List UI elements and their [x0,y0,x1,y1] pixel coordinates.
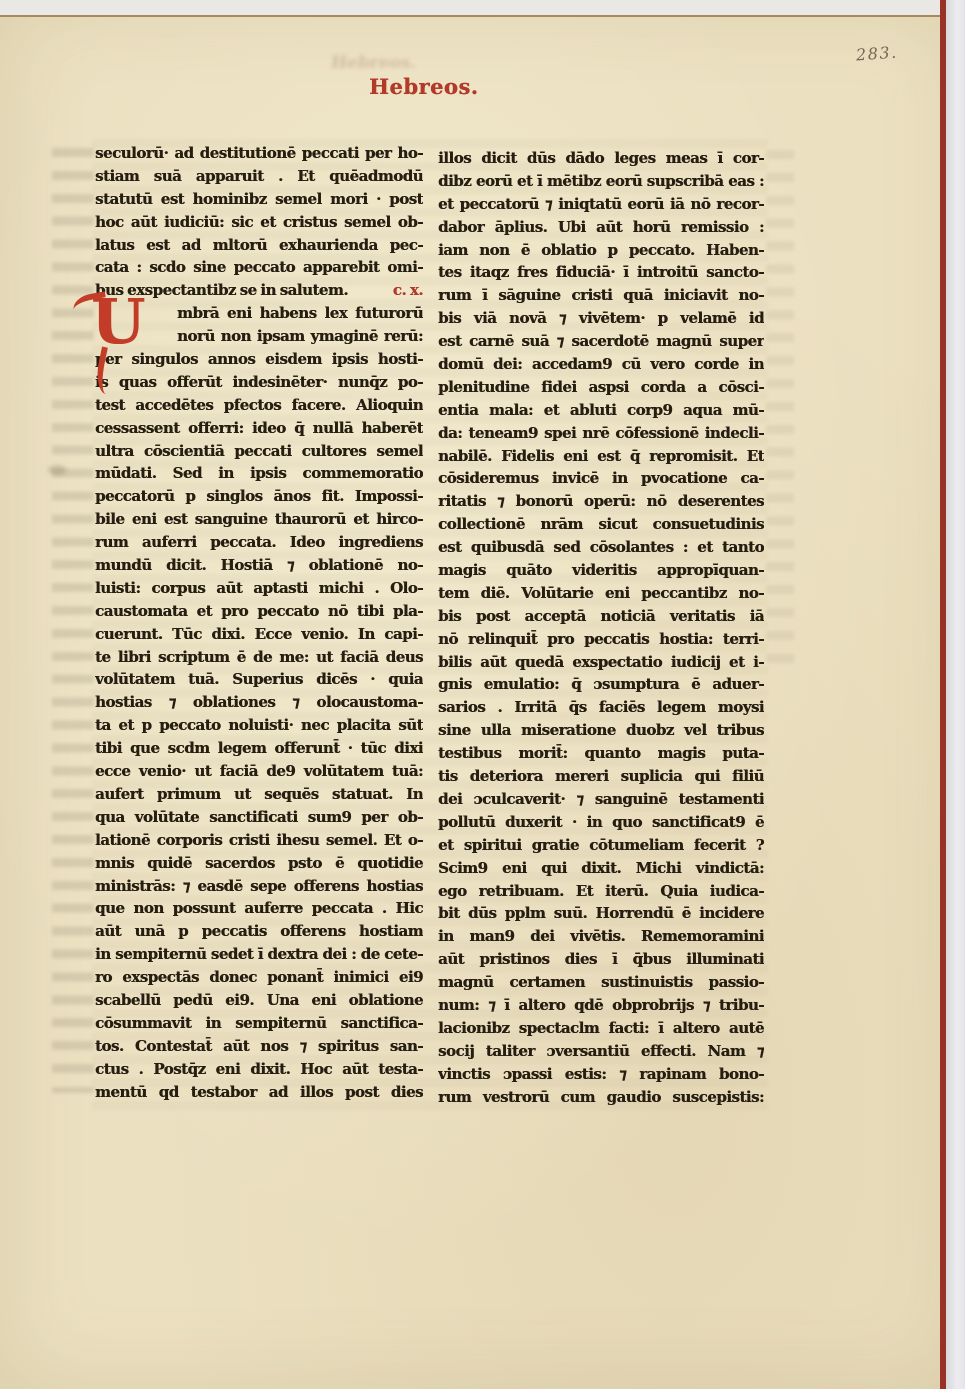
text-line: ministrās: ⁊ easdē sepe offerens hostias [95,875,423,898]
text-line: aūt unā p peccatis offerens hostiam [95,920,423,943]
text-line: lacionibz spectaclm facti: ī altero autē [438,1017,764,1040]
text-line: peccatorū p singlos ānos fit. Impossi- [95,485,423,508]
text-line: mundū dicit. Hostiā ⁊ oblationē no- [95,554,423,577]
text-line: cōsideremus invicē in pvocatione ca- [438,467,764,490]
text-line: ctus . Postq̄z eni dixit. Hoc aūt testa- [95,1058,423,1081]
text-line: ecce venio· ut faciā de9 volūtatem tuā: [95,760,423,783]
text-line: et peccatorū ⁊ iniqtatū eorū iā nō recor… [438,193,764,216]
text-line: qua volūtate sanctificati sum9 per ob- [95,806,423,829]
text-line: est quibusdā sed cōsolantes : et tanto [438,536,764,559]
text-line: hostias ⁊ oblationes ⁊ olocaustoma- [95,691,423,714]
text-line: statutū est hominibz semel mori · post [95,188,423,211]
text-line: pollutū duxerit · in quo sanctificat9 ē [438,811,764,834]
text-line: ta et p peccato noluisti· nec placita sū… [95,714,423,737]
text-line: cessassent offerri: ideo q̄ nullā haberē… [95,417,423,440]
text-line: rum vestrorū cum gaudio suscepistis: [438,1086,764,1109]
text-line: ego retribuam. Et iterū. Quia iudica- [438,880,764,903]
text-line: ro exspectās donec ponant̄ inimici ei9 [95,966,423,989]
text-line: bile eni est sanguine thaurorū et hirco- [95,508,423,531]
text-line: lationē corporis cristi ihesu semel. Et … [95,829,423,852]
text-line: num: ⁊ ī altero qdē obprobrijs ⁊ tribu- [438,994,764,1017]
text-line: sine ulla miseratione duobz vel tribus [438,719,764,742]
text-line: aūt pristinos dies ī q̄bus illuminati [438,948,764,971]
text-line: domū dei: accedam9 cū vero corde in [438,353,764,376]
text-line: que non possunt auferre peccata . Hic [95,897,423,920]
text-line: cōsummavit in sempiternū sanctifica- [95,1012,423,1035]
text-line: magis quāto videritis appropīquan- [438,559,764,582]
text-line: mūdati. Sed in ipsis commemoratio [95,462,423,485]
manuscript-page: Hebreos. Hebreos. 283. seculorū· ad dest… [0,0,965,1389]
text-line: magnū certamen sustinuistis passio- [438,971,764,994]
text-line: cuerunt. Tūc dixi. Ecce venio. In capi- [95,623,423,646]
text-line: mnis quidē sacerdos psto ē quotidie [95,852,423,875]
text-line: illos dicit dūs dādo leges meas ī cor- [438,147,764,170]
text-line: cata : scdo sine peccato apparebit omi- [95,256,423,279]
text-line: in man9 dei vivētis. Rememoramini [438,925,764,948]
text-line: plenitudine fidei aspsi corda a cōsci- [438,376,764,399]
text-line: in sempiternū sedet ī dextra dei : de ce… [95,943,423,966]
text-line: seculorū· ad destitutionē peccati per ho… [95,142,423,165]
paragraph-lines: illos dicit dūs dādo leges meas ī cor-di… [438,147,764,1108]
text-line: tis deteriora mereri suplicia qui filiū [438,765,764,788]
bleed-through-ghost [766,150,794,670]
text-line: volūtatem tuā. Superius dicēs · quia [95,668,423,691]
text-line: ritatis ⁊ bonorū operū: nō deserentes [438,490,764,513]
text-line: caustomata et pro peccato nō tibi pla- [95,600,423,623]
text-line: est carnē suā ⁊ sacerdotē magnū super [438,330,764,353]
text-line: scabellū pedū ei9. Una eni oblatione [95,989,423,1012]
text-line: tes itaqz fres fiduciā· ī introitū sanct… [438,261,764,284]
text-line: bis post acceptā noticiā veritatis iā [438,605,764,628]
text-line: dei ɔculcaverit· ⁊ sanguinē testamenti [438,788,764,811]
text-line: tibi que scdm legem offerunt̄ · tūc dixi [95,737,423,760]
text-line: latus est ad mltorū exhaurienda pec- [95,234,423,257]
text-line: tem diē. Volūtarie eni peccantibz no- [438,582,764,605]
margin-smudge [48,465,66,475]
running-title: Hebreos. [369,74,478,99]
text-line: bilis aūt quedā exspectatio iudicij et i… [438,651,764,674]
text-line: ultra cōscientiā peccati cultores semel [95,440,423,463]
text-line: da: teneam9 spei nrē cōfessionē indecli- [438,422,764,445]
text-line: rum ī sāguine cristi quā iniciavit no- [438,284,764,307]
page-top-edge [0,0,940,17]
text-column-left: seculorū· ad destitutionē peccati per ho… [95,142,423,1103]
text-line: te libri scriptum ē de me: ut faciā deus [95,646,423,669]
text-line: dibz eorū et ī mētibz eorū supscribā eas… [438,170,764,193]
photo-background-strip [946,0,965,1389]
text-line: bis viā novā ⁊ vivētem· p velamē id [438,307,764,330]
text-line: mentū qd testabor ad illos post dies [95,1081,423,1104]
paragraph-lines: per singulos annos eisdem ipsis hosti-is… [95,348,423,1103]
text-line: sarios . Irritā q̄s faciēs legem moysi [438,696,764,719]
text-line: vinctis ɔpassi estis: ⁊ rapinam bono- [438,1063,764,1086]
text-line: nō relinquit̄ pro peccatis hostia: terri… [438,628,764,651]
text-line: hoc aūt iudiciū: sic et cristus semel ob… [95,211,423,234]
text-line: entia mala: et abluti corp9 aqua mū- [438,399,764,422]
text-line: testibus morit̄: quanto magis puta- [438,742,764,765]
text-column-right: illos dicit dūs dādo leges meas ī cor-di… [438,147,764,1108]
paragraph-lines: seculorū· ad destitutionē peccati per ho… [95,142,423,279]
running-title-bleed: Hebreos. [330,53,417,73]
text-line: tos. Contestat̄ aūt nos ⁊ spiritus san- [95,1035,423,1058]
text-line: is quas offerūt indesinēter· nunq̄z po- [95,371,423,394]
text-line: Scim9 eni qui dixit. Michi vindictā: [438,857,764,880]
text-line: iam non ē oblatio p peccato. Haben- [438,239,764,262]
text-line: collectionē nrām sicut consuetudinis [438,513,764,536]
text-line: stiam suā apparuit . Et quēadmodū [95,165,423,188]
text-line: bit dūs pplm suū. Horrendū ē incidere [438,902,764,925]
text-line: nabilē. Fidelis eni est q̄ repromisit. E… [438,445,764,468]
text-line: et spiritui gratie cōtumeliam fecerit ? [438,834,764,857]
chapter-marker: c. x. [393,279,423,302]
text-line: aufert primum ut sequēs statuat. In [95,783,423,806]
text-line: luisti: corpus aūt aptasti michi . Olo- [95,577,423,600]
folio-number: 283. [855,43,898,65]
text-line: gnis emulatio: q̄ ɔsumptura ē aduer- [438,673,764,696]
text-line: test accedētes pfectos facere. Alioquin [95,394,423,417]
bleed-through-ghost [52,148,94,1093]
text-line: dabor āplius. Ubi aūt horū remissio : [438,216,764,239]
text-line: rum auferri peccata. Ideo ingrediens [95,531,423,554]
text-line: socij taliter ɔversantiū effecti. Nam ⁊ [438,1040,764,1063]
